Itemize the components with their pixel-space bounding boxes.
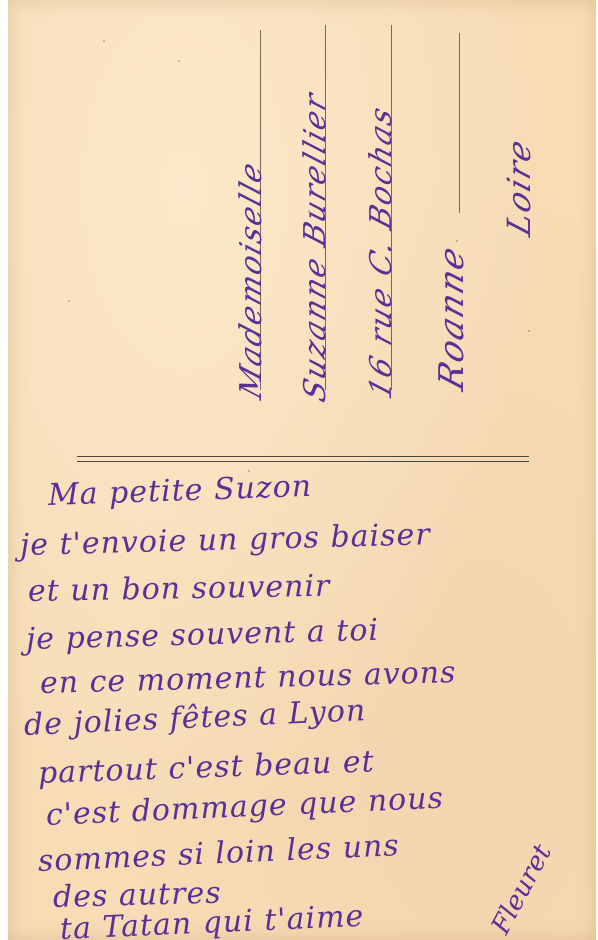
message-divider — [77, 456, 529, 462]
paper-speck — [528, 330, 530, 332]
message-line-6: de jolies fêtes a Lyon — [23, 693, 367, 743]
paper-speck — [103, 40, 105, 42]
message-line-3: et un bon souvenir — [28, 569, 331, 609]
message-line-4: je pense souvent a toi — [26, 613, 380, 657]
address-line-4: Roanne — [432, 240, 472, 395]
paper-speck — [456, 240, 458, 242]
address-line-3: 16 rue C. Bochas — [364, 101, 399, 404]
message-line-7: partout c'est beau et — [37, 744, 375, 791]
signature: Fleuret — [486, 840, 558, 940]
message-line-1: Ma petite Suzon — [47, 469, 312, 513]
address-line-2: Suzanne Burellier — [298, 87, 333, 406]
message-line-9: sommes si loin les uns — [37, 828, 400, 879]
paper-speck — [68, 300, 70, 302]
address-region: Loire — [500, 133, 538, 240]
postcard-back: Mademoiselle Suzanne Burellier 16 rue C.… — [8, 0, 596, 940]
message-line-2: je t'envoie un gros baiser — [20, 517, 432, 563]
message-line-5: en ce moment nous avons — [40, 655, 457, 701]
address-line-1: Mademoiselle — [234, 156, 269, 403]
paper-speck — [178, 60, 180, 62]
address-rule-4 — [459, 33, 460, 213]
